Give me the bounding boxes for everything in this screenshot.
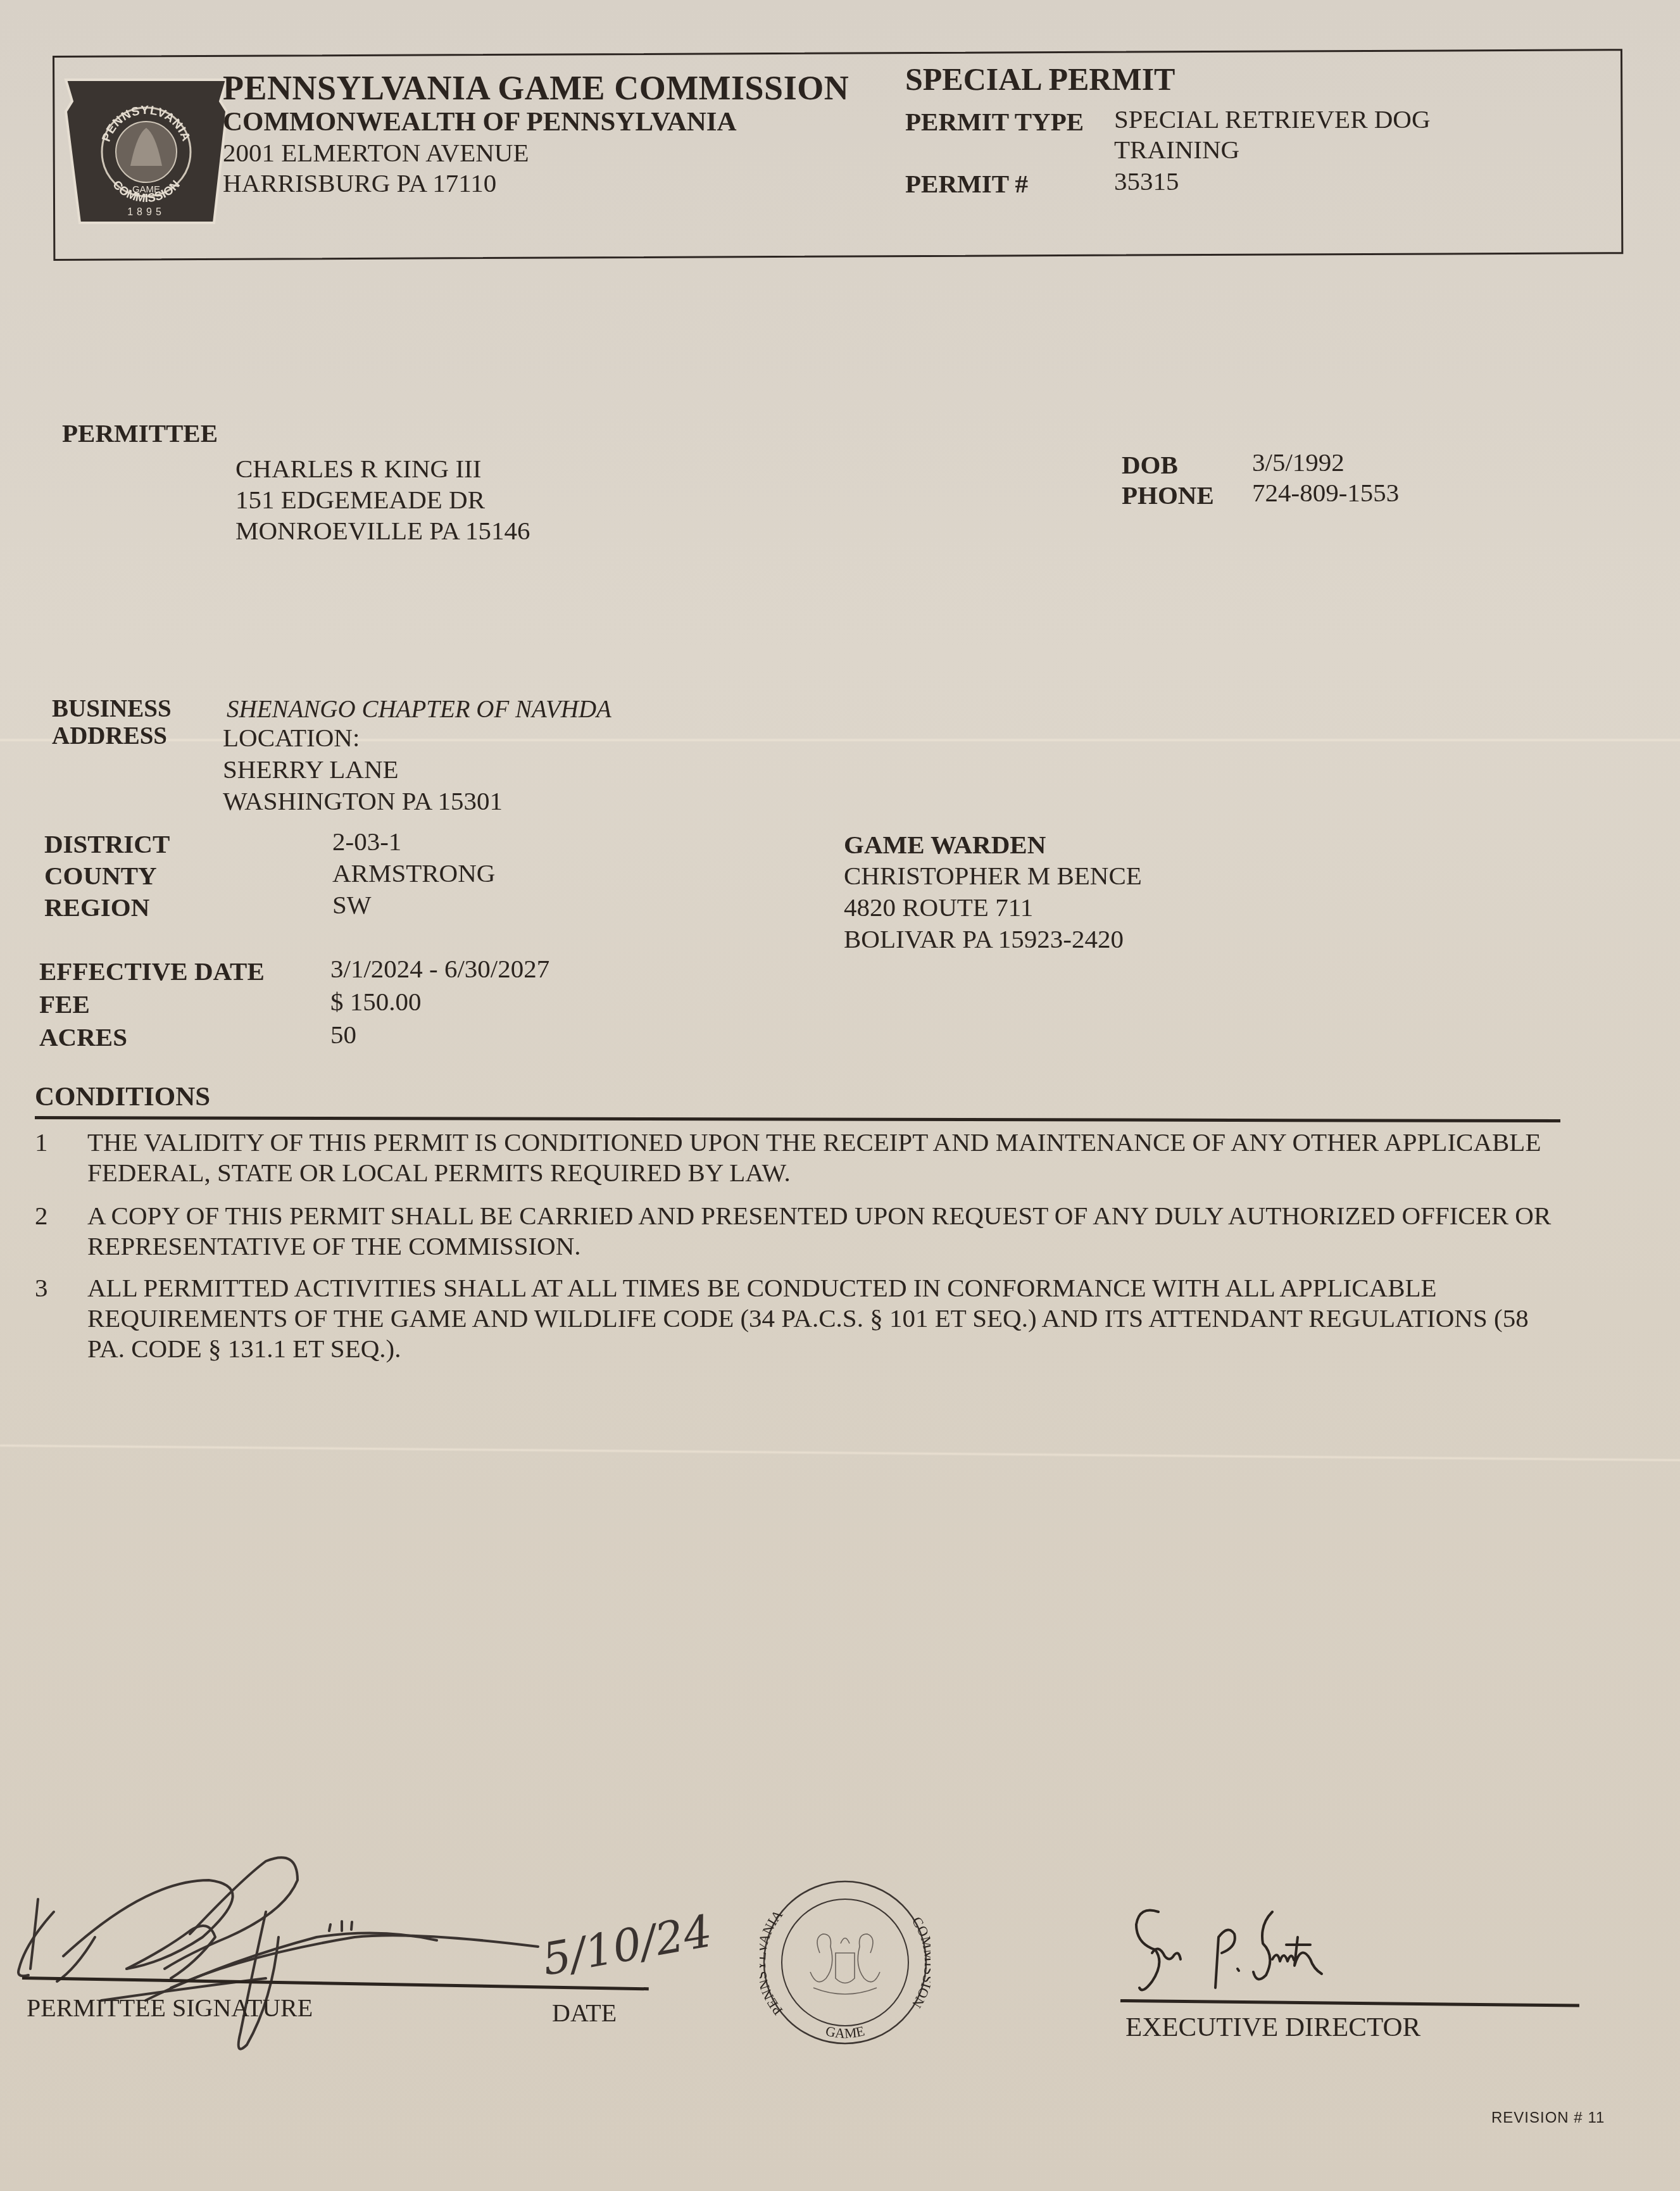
acres-label: ACRES	[39, 1020, 265, 1053]
permittee-handwritten-signature: 5/10/24	[0, 1842, 709, 2070]
permit-terms-values: 3/1/2024 - 6/30/2027 $ 150.00 50	[330, 952, 549, 1051]
business-line1: LOCATION:	[223, 722, 503, 753]
region-label: REGION	[44, 891, 170, 923]
location-values: 2-03-1 ARMSTRONG SW	[332, 826, 495, 920]
permit-type-value: SPECIAL RETRIEVER DOG TRAINING	[1114, 104, 1507, 165]
org-address-line2: HARRISBURG PA 17110	[223, 168, 496, 198]
permittee-city: MONROEVILLE PA 15146	[235, 515, 530, 546]
condition-number: 1	[35, 1127, 48, 1157]
condition-text: THE VALIDITY OF THIS PERMIT IS CONDITION…	[87, 1127, 1562, 1188]
game-warden-label: GAME WARDEN	[844, 829, 1046, 860]
conditions-title: CONDITIONS	[35, 1081, 210, 1112]
business-label-line2: ADDRESS	[52, 722, 172, 750]
location-labels: DISTRICT COUNTY REGION	[44, 828, 170, 923]
fee-label: FEE	[39, 988, 265, 1020]
business-address-block: LOCATION: SHERRY LANE WASHINGTON PA 1530…	[223, 722, 503, 817]
svg-text:GAME: GAME	[824, 2023, 866, 2041]
district-value: 2-03-1	[332, 826, 495, 857]
condition-text: ALL PERMITTED ACTIVITIES SHALL AT ALL TI…	[87, 1272, 1562, 1364]
permittee-signature-label: PERMITTEE SIGNATURE	[27, 1993, 313, 2023]
dob-label: DOB	[1122, 449, 1178, 480]
condition-text: A COPY OF THIS PERMIT SHALL BE CARRIED A…	[87, 1200, 1562, 1261]
org-subtitle: COMMONWEALTH OF PENNSYLVANIA	[223, 106, 737, 137]
executive-director-label: EXECUTIVE DIRECTOR	[1125, 2012, 1420, 2043]
date-label: DATE	[552, 1998, 617, 2028]
district-label: DISTRICT	[44, 828, 170, 860]
effective-date-value: 3/1/2024 - 6/30/2027	[330, 952, 549, 985]
condition-number: 3	[35, 1272, 48, 1303]
conditions-divider	[35, 1116, 1560, 1122]
warden-street: 4820 ROUTE 711	[844, 891, 1142, 923]
phone-label: PHONE	[1122, 480, 1214, 510]
business-address-label: BUSINESS ADDRESS	[52, 695, 172, 750]
permit-number-label: PERMIT #	[905, 168, 1028, 199]
business-line3: WASHINGTON PA 15301	[223, 785, 503, 817]
permittee-label: PERMITTEE	[62, 418, 218, 448]
keystone-seal-icon: PENNSYLVANIA COMMISSION GAME 1895	[61, 71, 232, 233]
org-address-line1: 2001 ELMERTON AVENUE	[223, 137, 529, 168]
fee-value: $ 150.00	[330, 985, 549, 1018]
warden-city: BOLIVAR PA 15923-2420	[844, 923, 1142, 955]
acres-value: 50	[330, 1018, 549, 1051]
region-value: SW	[332, 889, 495, 920]
county-value: ARMSTRONG	[332, 857, 495, 889]
game-warden-block: CHRISTOPHER M BENCE 4820 ROUTE 711 BOLIV…	[844, 860, 1142, 955]
permit-title: SPECIAL PERMIT	[905, 61, 1175, 97]
condition-number: 2	[35, 1200, 48, 1231]
revision-number: REVISION # 11	[1491, 2109, 1605, 2127]
permit-terms-labels: EFFECTIVE DATE FEE ACRES	[39, 955, 265, 1053]
permit-number-value: 35315	[1114, 166, 1179, 196]
dob-value: 3/5/1992	[1252, 447, 1345, 477]
svg-text:COMMISSION: COMMISSION	[909, 1914, 931, 2011]
executive-handwritten-signature	[1120, 1899, 1386, 2000]
business-line2: SHERRY LANE	[223, 753, 503, 785]
county-label: COUNTY	[44, 860, 170, 891]
warden-name: CHRISTOPHER M BENCE	[844, 860, 1142, 891]
business-name: SHENANGO CHAPTER OF NAVHDA	[227, 695, 611, 724]
business-label-line1: BUSINESS	[52, 695, 172, 722]
svg-text:1895: 1895	[127, 207, 165, 218]
svg-text:GAME: GAME	[132, 184, 160, 195]
commission-seal-icon: PENNSYLVANIA COMMISSION GAME	[760, 1877, 931, 2048]
effective-date-label: EFFECTIVE DATE	[39, 955, 265, 988]
permittee-name: CHARLES R KING III	[235, 453, 530, 484]
permittee-street: 151 EDGEMEADE DR	[235, 484, 530, 515]
permittee-address-block: CHARLES R KING III 151 EDGEMEADE DR MONR…	[235, 453, 530, 546]
permit-type-label: PERMIT TYPE	[905, 106, 1084, 137]
org-name: PENNSYLVANIA GAME COMMISSION	[223, 68, 849, 108]
handwritten-date: 5/10/24	[539, 1905, 709, 1986]
paper-fold	[0, 1443, 1680, 1462]
phone-value: 724-809-1553	[1252, 477, 1399, 508]
